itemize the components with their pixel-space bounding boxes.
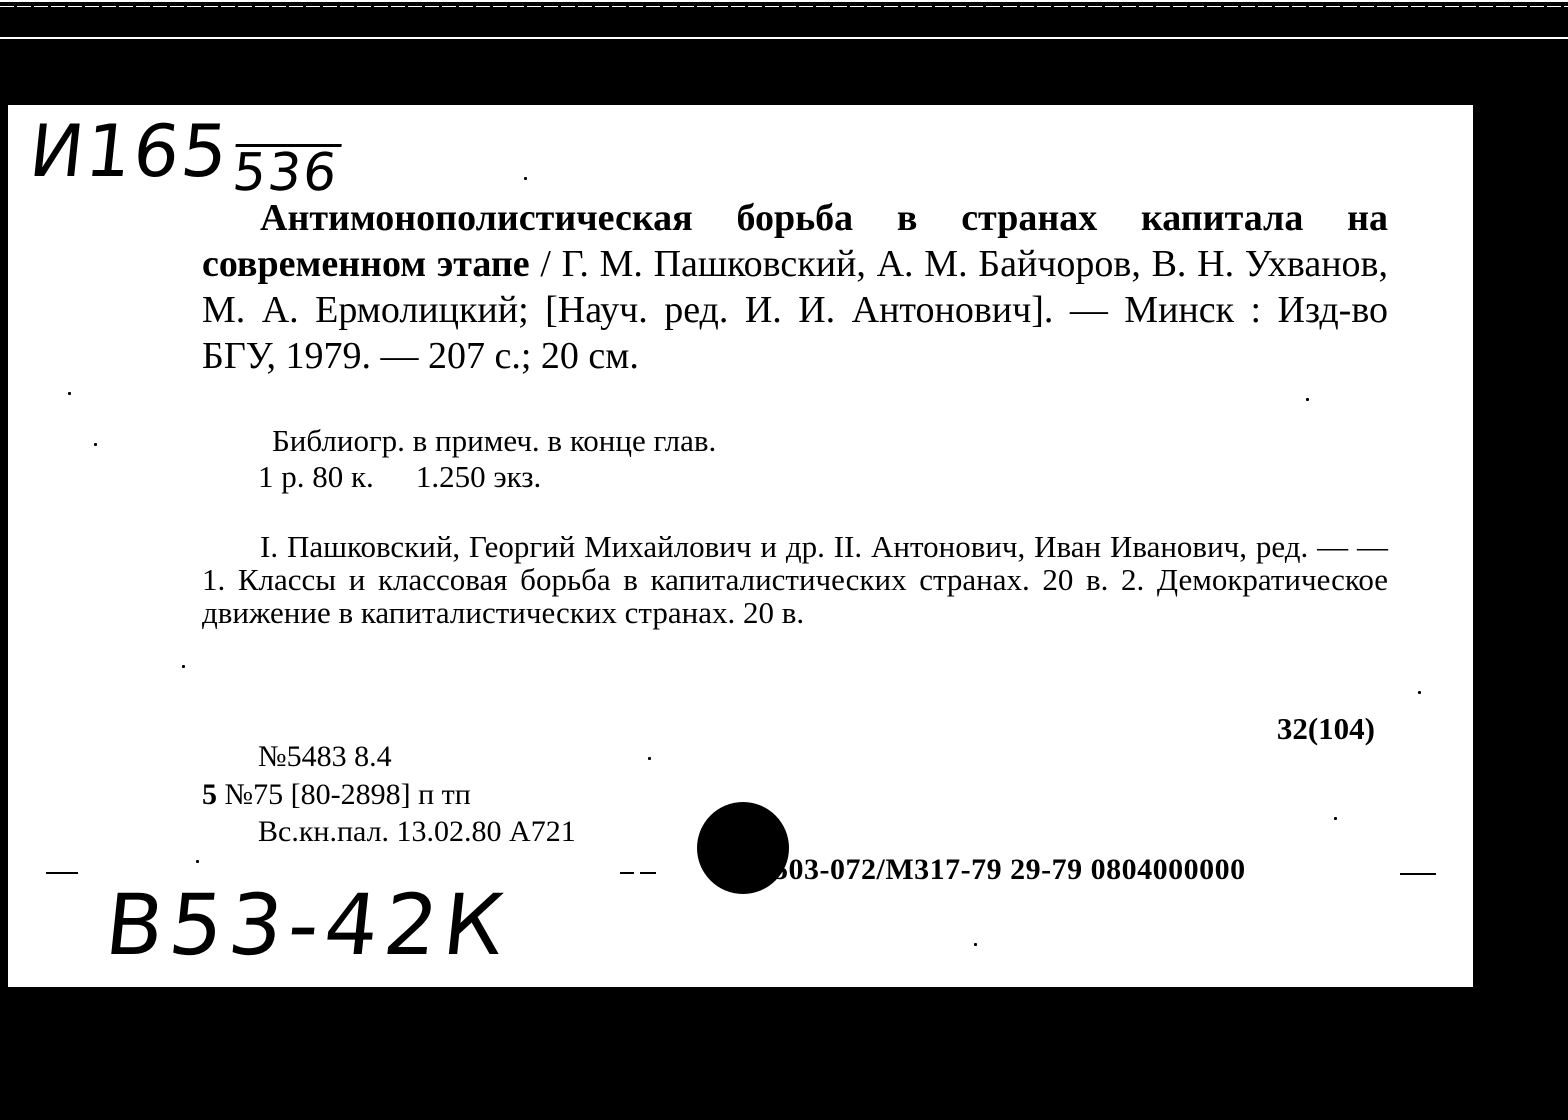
speck [524,177,527,180]
cut-mark [46,872,78,874]
bibliography-note: Библиогр. в примеч. в конце глав. [272,423,716,459]
speck [68,392,71,395]
handwritten-call-number: И165536 [26,115,344,187]
speck [1418,691,1421,694]
handwritten-shelf-mark: В53-42К [102,883,514,967]
speck [974,943,977,946]
call-number-sub: 536 [230,144,341,199]
speck [196,860,199,863]
speck [648,757,651,760]
scan-border-line [0,0,1568,2]
scan-border-line [0,37,1568,39]
copies: 1.250 экз. [416,459,541,494]
bibliographic-description: Антимонополистическая борьба в странах к… [202,195,1388,379]
speck [94,443,97,446]
scan-border-line [0,6,1568,7]
line2-prefix: 5 [202,778,217,811]
cut-mark [620,872,634,874]
punch-hole [697,802,789,894]
price: 1 р. 80 к. [258,459,374,494]
card-index-code: 503-072/М317-79 29-79 0804000000 [773,853,1246,887]
call-number-main: И165 [26,109,234,193]
speck [1334,817,1337,820]
publication-line-2: 5 №75 [80-2898] п тп [202,778,471,812]
catalog-card: И165536 Антимонополистическая борьба в с… [8,105,1473,987]
classification-number: 32(104) [1277,711,1375,747]
line2-rest: №75 [80-2898] п тп [217,778,471,811]
cut-mark [640,872,656,874]
cut-mark [1400,873,1436,875]
speck [1306,398,1309,401]
publication-line-1: №5483 8.4 [258,740,392,774]
price-and-copies: 1 р. 80 к.1.250 экз. [258,459,583,495]
tracings: I. Пашковский, Георгий Михайлович и др. … [202,530,1388,629]
publication-line-3: Вс.кн.пал. 13.02.80 А721 [258,815,576,849]
tracing-text: I. Пашковский, Георгий Михайлович и др. … [202,529,1388,630]
speck [182,665,185,668]
